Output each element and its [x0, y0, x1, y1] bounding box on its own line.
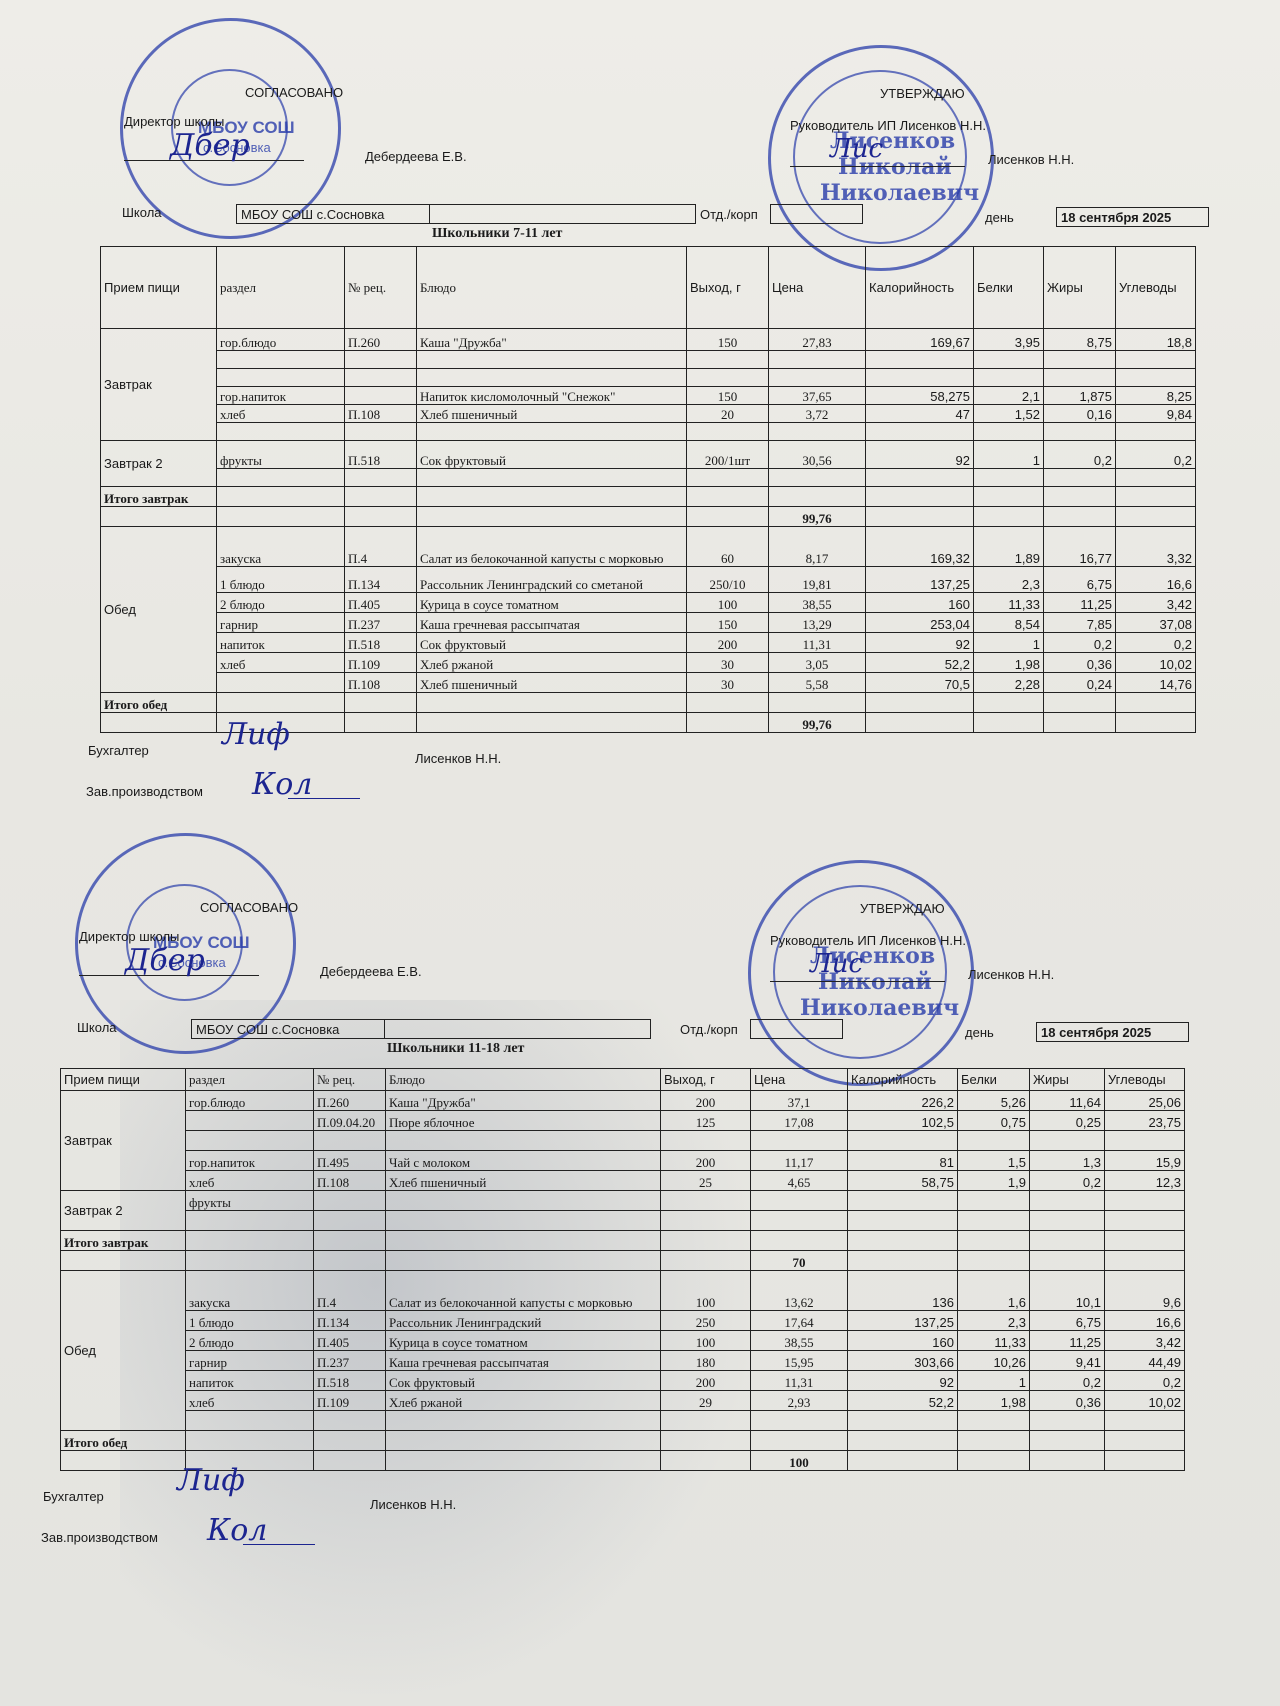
price-cell: 8,17 [769, 527, 866, 567]
carbs-cell: 10,02 [1116, 653, 1196, 673]
section-cell [217, 369, 345, 387]
table-row: гарнирП.237Каша гречневая рассыпчатая150… [101, 613, 1196, 633]
total-cell [314, 1231, 386, 1251]
table-row: хлебП.108Хлеб пшеничный254,6558,751,90,2… [61, 1171, 1185, 1191]
fat-cell: 8,75 [1044, 329, 1116, 351]
column-header: раздел [186, 1069, 314, 1091]
section-cell: 1 блюдо [186, 1311, 314, 1331]
fat-cell: 11,25 [1030, 1331, 1105, 1351]
protein-cell: 2,1 [974, 387, 1044, 405]
carbs-cell [1116, 423, 1196, 441]
kcal-cell: 137,25 [848, 1311, 958, 1331]
protein-cell: 11,33 [958, 1331, 1030, 1351]
dish-cell: Каша "Дружба" [417, 329, 687, 351]
carbs-cell: 15,9 [1105, 1151, 1185, 1171]
dept-field[interactable] [750, 1019, 843, 1039]
empty-cell [661, 1251, 751, 1271]
kcal-cell: 102,5 [848, 1111, 958, 1131]
carbs-cell: 16,6 [1105, 1311, 1185, 1331]
empty-cell [386, 1451, 661, 1471]
kcal-cell [866, 423, 974, 441]
fat-cell [1030, 1411, 1105, 1431]
section-cell [217, 351, 345, 369]
table-row: 1 блюдоП.134Рассольник Ленинградский со … [101, 567, 1196, 593]
table-row: напитокП.518Сок фруктовый20011,319210,20… [101, 633, 1196, 653]
fat-cell: 7,85 [1044, 613, 1116, 633]
kcal-cell [848, 1191, 958, 1211]
recipe-cell: П.4 [345, 527, 417, 567]
section-cell: фрукты [217, 441, 345, 469]
dept-field[interactable] [770, 204, 863, 224]
protein-cell [974, 469, 1044, 487]
total-cell [345, 693, 417, 713]
section-cell: гарнир [217, 613, 345, 633]
section-cell [217, 469, 345, 487]
total-cell [751, 1431, 848, 1451]
table-row: 2 блюдоП.405Курица в соусе томатном10038… [101, 593, 1196, 613]
total-cell [1105, 1231, 1185, 1251]
table-row: ОбедзакускаП.4Салат из белокочанной капу… [101, 527, 1196, 567]
fat-cell: 6,75 [1030, 1311, 1105, 1331]
fat-cell: 0,2 [1044, 441, 1116, 469]
column-header: № рец. [345, 247, 417, 329]
yield-cell: 150 [687, 613, 769, 633]
dish-cell: Курица в соусе томатном [417, 593, 687, 613]
lunch-total-price: 99,76 [769, 713, 866, 733]
price-cell: 13,62 [751, 1271, 848, 1311]
carbs-cell: 0,2 [1116, 441, 1196, 469]
yield-cell: 250 [661, 1311, 751, 1331]
carbs-cell: 14,76 [1116, 673, 1196, 693]
total-label: Итого обед [101, 693, 217, 713]
protein-cell: 8,54 [974, 613, 1044, 633]
section-cell: напиток [186, 1371, 314, 1391]
kcal-cell: 160 [848, 1331, 958, 1351]
yield-cell: 25 [661, 1171, 751, 1191]
dish-cell: Хлеб пшеничный [417, 673, 687, 693]
protein-cell: 1,52 [974, 405, 1044, 423]
column-header: Цена [751, 1069, 848, 1091]
total-cell [866, 693, 974, 713]
total-cell [687, 487, 769, 507]
section-cell: 2 блюдо [186, 1331, 314, 1351]
price-cell [769, 469, 866, 487]
total-cell [186, 1431, 314, 1451]
dish-cell: Рассольник Ленинградский [386, 1311, 661, 1331]
recipe-cell: П.134 [345, 567, 417, 593]
price-cell: 15,95 [751, 1351, 848, 1371]
carbs-cell: 25,06 [1105, 1091, 1185, 1111]
breakfast-total-row: Итого завтрак [101, 487, 1196, 507]
yield-cell: 200 [687, 633, 769, 653]
section-cell [186, 1111, 314, 1131]
manager-signature-line [790, 166, 965, 167]
price-cell: 11,17 [751, 1151, 848, 1171]
kcal-cell: 58,75 [848, 1171, 958, 1191]
table-row [61, 1411, 1185, 1431]
empty-cell [866, 507, 974, 527]
total-cell [345, 487, 417, 507]
fat-cell: 11,25 [1044, 593, 1116, 613]
section-cell: гарнир [186, 1351, 314, 1371]
total-cell [848, 1431, 958, 1451]
table-row: гарнирП.237Каша гречневая рассыпчатая180… [61, 1351, 1185, 1371]
carbs-cell: 0,2 [1116, 633, 1196, 653]
price-cell: 11,31 [769, 633, 866, 653]
fat-cell [1044, 369, 1116, 387]
lunch-total-price-row: 100 [61, 1451, 1185, 1471]
dish-cell: Курица в соусе томатном [386, 1331, 661, 1351]
table-row: П.108Хлеб пшеничный305,5870,52,280,2414,… [101, 673, 1196, 693]
recipe-cell: П.405 [345, 593, 417, 613]
recipe-cell [314, 1131, 386, 1151]
empty-cell [958, 1451, 1030, 1471]
section-cell: хлеб [217, 653, 345, 673]
yield-cell: 150 [687, 329, 769, 351]
recipe-cell: П.108 [314, 1171, 386, 1191]
fat-cell [1030, 1191, 1105, 1211]
fat-cell: 0,36 [1044, 653, 1116, 673]
breakfast-total-price-row: 99,76 [101, 507, 1196, 527]
kcal-cell: 92 [848, 1371, 958, 1391]
meal-breakfast-2: Завтрак 2 [61, 1191, 186, 1231]
recipe-cell [314, 1411, 386, 1431]
dish-cell [386, 1191, 661, 1211]
fat-cell: 0,36 [1030, 1391, 1105, 1411]
yield-cell: 20 [687, 405, 769, 423]
price-cell: 17,08 [751, 1111, 848, 1131]
carbs-cell [1105, 1411, 1185, 1431]
dish-cell [417, 423, 687, 441]
section-cell: закуска [217, 527, 345, 567]
kcal-cell: 226,2 [848, 1091, 958, 1111]
recipe-cell [314, 1191, 386, 1211]
total-cell [769, 693, 866, 713]
section-cell [186, 1131, 314, 1151]
fat-cell [1030, 1211, 1105, 1231]
breakfast-total-price: 99,76 [769, 507, 866, 527]
recipe-cell: П.108 [345, 673, 417, 693]
section-cell: гор.блюдо [186, 1091, 314, 1111]
kcal-cell [848, 1411, 958, 1431]
dish-cell: Салат из белокочанной капусты с морковью [417, 527, 687, 567]
meal-lunch: Обед [101, 527, 217, 693]
column-header: Выход, г [687, 247, 769, 329]
table-row: Завтрак 2фруктыП.518Сок фруктовый200/1шт… [101, 441, 1196, 469]
menu-table: Прием пищираздел№ рец.БлюдоВыход, гЦенаК… [100, 246, 1196, 733]
kcal-cell: 169,32 [866, 527, 974, 567]
recipe-cell: П.109 [345, 653, 417, 673]
price-cell: 38,55 [769, 593, 866, 613]
school-field-extra[interactable] [384, 1019, 651, 1039]
meal-breakfast-2: Завтрак 2 [101, 441, 217, 487]
recipe-cell: П.237 [345, 613, 417, 633]
yield-cell: 60 [687, 527, 769, 567]
table-row [101, 469, 1196, 487]
table-row: хлебП.109Хлеб ржаной303,0552,21,980,3610… [101, 653, 1196, 673]
accountant-label: Бухгалтер [43, 1489, 104, 1504]
approved-heading: СОГЛАСОВАНО [245, 85, 343, 100]
day-field[interactable]: 18 сентября 2025 [1036, 1022, 1189, 1042]
recipe-cell: П.260 [345, 329, 417, 351]
production-label: Зав.производством [86, 784, 203, 799]
price-cell: 38,55 [751, 1331, 848, 1351]
kcal-cell: 58,275 [866, 387, 974, 405]
total-cell [661, 1231, 751, 1251]
fat-cell: 1,875 [1044, 387, 1116, 405]
carbs-cell: 3,42 [1116, 593, 1196, 613]
table-row: Завтракгор.блюдоП.260Каша "Дружба"20037,… [61, 1091, 1185, 1111]
dish-cell [386, 1131, 661, 1151]
column-header: Жиры [1030, 1069, 1105, 1091]
fat-cell: 0,2 [1044, 633, 1116, 653]
carbs-cell [1105, 1131, 1185, 1151]
protein-cell: 2,28 [974, 673, 1044, 693]
price-cell: 37,65 [769, 387, 866, 405]
section-cell [217, 673, 345, 693]
total-cell [866, 487, 974, 507]
column-header: Блюдо [386, 1069, 661, 1091]
manager-label: Руководитель ИП Лисенков Н.Н. [770, 933, 966, 948]
recipe-cell [345, 423, 417, 441]
production-signature-stroke [288, 798, 360, 799]
section-cell: 1 блюдо [217, 567, 345, 593]
carbs-cell [1116, 369, 1196, 387]
total-cell [1105, 1431, 1185, 1451]
dept-label: Отд./корп [680, 1022, 738, 1037]
yield-cell: 29 [661, 1391, 751, 1411]
total-cell [769, 487, 866, 507]
column-header: раздел [217, 247, 345, 329]
carbs-cell: 12,3 [1105, 1171, 1185, 1191]
empty-cell [1044, 713, 1116, 733]
empty-cell [186, 1251, 314, 1271]
empty-cell [866, 713, 974, 733]
school-field[interactable]: МБОУ СОШ с.Сосновка [191, 1019, 385, 1039]
carbs-cell: 37,08 [1116, 613, 1196, 633]
column-header: Калорийность [866, 247, 974, 329]
kcal-cell: 253,04 [866, 613, 974, 633]
yield-cell: 200 [661, 1371, 751, 1391]
yield-cell: 200/1шт [687, 441, 769, 469]
fat-cell [1044, 423, 1116, 441]
carbs-cell: 44,49 [1105, 1351, 1185, 1371]
empty-cell [687, 507, 769, 527]
total-cell [687, 693, 769, 713]
empty-cell [186, 1451, 314, 1471]
total-cell [386, 1431, 661, 1451]
price-cell [751, 1191, 848, 1211]
dish-cell: Хлеб ржаной [417, 653, 687, 673]
fat-cell: 0,2 [1030, 1171, 1105, 1191]
director-label: Директор школы [79, 929, 179, 944]
total-cell [217, 693, 345, 713]
fat-cell: 0,16 [1044, 405, 1116, 423]
price-cell: 2,93 [751, 1391, 848, 1411]
kcal-cell [848, 1131, 958, 1151]
protein-cell: 2,3 [958, 1311, 1030, 1331]
accountant-name: Лисенков Н.Н. [415, 751, 501, 766]
dish-cell: Каша гречневая рассыпчатая [386, 1351, 661, 1371]
table-row: хлебП.108Хлеб пшеничный203,72471,520,169… [101, 405, 1196, 423]
dish-cell: Рассольник Ленинградский со сметаной [417, 567, 687, 593]
section-cell [217, 423, 345, 441]
total-cell [1030, 1231, 1105, 1251]
kcal-cell: 136 [848, 1271, 958, 1311]
empty-cell [386, 1251, 661, 1271]
price-cell: 19,81 [769, 567, 866, 593]
yield-cell [661, 1411, 751, 1431]
empty-cell [217, 507, 345, 527]
protein-cell [974, 351, 1044, 369]
manager-name: Лисенков Н.Н. [968, 967, 1054, 982]
section-cell [186, 1411, 314, 1431]
carbs-cell [1105, 1191, 1185, 1211]
day-field[interactable]: 18 сентября 2025 [1056, 207, 1209, 227]
protein-cell [958, 1191, 1030, 1211]
section-cell [186, 1211, 314, 1231]
empty-cell [417, 507, 687, 527]
fat-cell: 0,25 [1030, 1111, 1105, 1131]
fat-cell [1030, 1131, 1105, 1151]
yield-cell: 100 [661, 1271, 751, 1311]
kcal-cell [866, 369, 974, 387]
empty-cell [1105, 1451, 1185, 1471]
price-cell: 4,65 [751, 1171, 848, 1191]
school-field[interactable]: МБОУ СОШ с.Сосновка [236, 204, 430, 224]
yield-cell [661, 1191, 751, 1211]
dish-cell: Каша гречневая рассыпчатая [417, 613, 687, 633]
section-cell: гор.напиток [186, 1151, 314, 1171]
total-cell [1116, 487, 1196, 507]
empty-cell [1116, 507, 1196, 527]
dish-cell: Сок фруктовый [417, 441, 687, 469]
recipe-cell: П.4 [314, 1271, 386, 1311]
section-cell: хлеб [186, 1391, 314, 1411]
total-cell [974, 487, 1044, 507]
dish-cell: Хлеб пшеничный [386, 1171, 661, 1191]
total-label: Итого завтрак [61, 1231, 186, 1251]
section-cell: гор.напиток [217, 387, 345, 405]
recipe-cell: П.518 [314, 1371, 386, 1391]
column-header: Выход, г [661, 1069, 751, 1091]
yield-cell: 100 [661, 1331, 751, 1351]
breakfast-total-price-row: 70 [61, 1251, 1185, 1271]
school-label: Школа [77, 1020, 117, 1035]
protein-cell: 3,95 [974, 329, 1044, 351]
production-label: Зав.производством [41, 1530, 158, 1545]
carbs-cell [1116, 351, 1196, 369]
recipe-cell [345, 387, 417, 405]
price-cell [769, 369, 866, 387]
table-row: хлебП.109Хлеб ржаной292,9352,21,980,3610… [61, 1391, 1185, 1411]
recipe-cell [345, 369, 417, 387]
kcal-cell: 92 [866, 441, 974, 469]
protein-cell: 10,26 [958, 1351, 1030, 1371]
lunch-total-row: Итого обед [61, 1431, 1185, 1451]
price-cell: 5,58 [769, 673, 866, 693]
total-cell [1030, 1431, 1105, 1451]
protein-cell: 1,6 [958, 1271, 1030, 1311]
recipe-cell: П.108 [345, 405, 417, 423]
fat-cell: 1,3 [1030, 1151, 1105, 1171]
price-cell [769, 423, 866, 441]
header-row: Прием пищираздел№ рец.БлюдоВыход, гЦенаК… [61, 1069, 1185, 1091]
column-header: Углеводы [1105, 1069, 1185, 1091]
empty-cell [417, 713, 687, 733]
kcal-cell [848, 1211, 958, 1231]
yield-cell: 250/10 [687, 567, 769, 593]
kcal-cell: 52,2 [866, 653, 974, 673]
dish-cell: Хлеб ржаной [386, 1391, 661, 1411]
section-cell: хлеб [186, 1171, 314, 1191]
yield-cell: 180 [661, 1351, 751, 1371]
dish-cell: Напиток кисломолочный "Снежок" [417, 387, 687, 405]
yield-cell [687, 369, 769, 387]
table-row [101, 369, 1196, 387]
price-cell: 13,29 [769, 613, 866, 633]
manager-signature-line [770, 981, 945, 982]
column-header: Прием пищи [61, 1069, 186, 1091]
kcal-cell [866, 351, 974, 369]
empty-cell [974, 507, 1044, 527]
header-row: Прием пищираздел№ рец.БлюдоВыход, гЦенаК… [101, 247, 1196, 329]
yield-cell: 100 [687, 593, 769, 613]
recipe-cell: П.109 [314, 1391, 386, 1411]
table-row: 1 блюдоП.134Рассольник Ленинградский2501… [61, 1311, 1185, 1331]
fat-cell: 0,2 [1030, 1371, 1105, 1391]
total-cell [417, 487, 687, 507]
carbs-cell: 3,32 [1116, 527, 1196, 567]
empty-cell [314, 1451, 386, 1471]
table-row: гор.напитокНапиток кисломолочный "Снежок… [101, 387, 1196, 405]
carbs-cell: 16,6 [1116, 567, 1196, 593]
empty-cell [661, 1451, 751, 1471]
protein-cell [958, 1131, 1030, 1151]
column-header: Прием пищи [101, 247, 217, 329]
dish-cell: Каша "Дружба" [386, 1091, 661, 1111]
school-label: Школа [122, 205, 162, 220]
empty-cell [958, 1251, 1030, 1271]
price-cell [751, 1411, 848, 1431]
total-cell [958, 1231, 1030, 1251]
menu-table: Прием пищираздел№ рец.БлюдоВыход, гЦенаК… [60, 1068, 1185, 1471]
fat-cell: 11,64 [1030, 1091, 1105, 1111]
dish-cell: Пюре яблочное [386, 1111, 661, 1131]
price-cell: 27,83 [769, 329, 866, 351]
price-cell: 30,56 [769, 441, 866, 469]
empty-cell [1030, 1451, 1105, 1471]
empty-cell [848, 1251, 958, 1271]
empty-cell [345, 507, 417, 527]
total-cell [217, 487, 345, 507]
accountant-label: Бухгалтер [88, 743, 149, 758]
yield-cell [687, 351, 769, 369]
carbs-cell: 9,6 [1105, 1271, 1185, 1311]
protein-cell: 1 [974, 633, 1044, 653]
column-header: Белки [974, 247, 1044, 329]
section-cell: напиток [217, 633, 345, 653]
empty-cell [1030, 1251, 1105, 1271]
dish-cell: Сок фруктовый [386, 1371, 661, 1391]
kcal-cell: 70,5 [866, 673, 974, 693]
total-cell [1044, 693, 1116, 713]
kcal-cell: 47 [866, 405, 974, 423]
fat-cell: 10,1 [1030, 1271, 1105, 1311]
recipe-cell: П.495 [314, 1151, 386, 1171]
recipe-cell [314, 1211, 386, 1231]
school-field-extra[interactable] [429, 204, 696, 224]
